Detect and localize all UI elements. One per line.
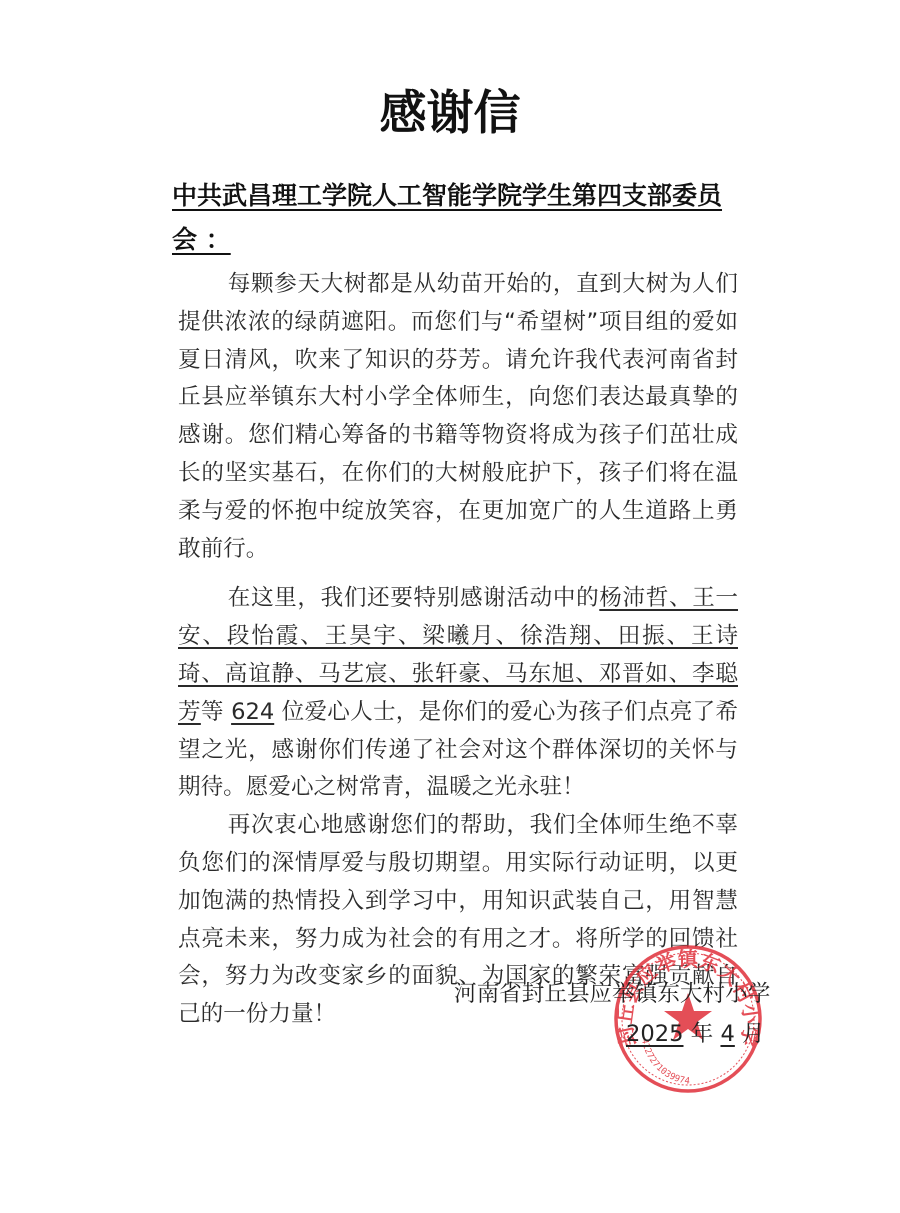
paragraph-2-middle: 等 — [201, 699, 231, 725]
paragraph-1: 每颗参天大树都是从幼苗开始的，直到大树为人们提供浓浓的绿荫遮阳。而您们与“希望树… — [178, 266, 738, 568]
signature-organization: 河南省封丘县应举镇东大村小学 — [454, 976, 770, 1008]
date-year-unit: 年 — [684, 1021, 721, 1047]
letter-title: 感谢信 — [0, 84, 900, 144]
paragraph-2-prefix: 在这里，我们还要特别感谢活动中的 — [228, 585, 600, 611]
addressee-line-1: 中共武昌理工学院人工智能学院学生第四支部委员 — [172, 181, 722, 210]
date-month-unit: 月 — [735, 1021, 765, 1047]
volunteer-count: 624 — [231, 699, 274, 725]
addressee: 中共武昌理工学院人工智能学院学生第四支部委员 会 ： — [172, 174, 744, 262]
date-year: 2025 — [626, 1021, 684, 1047]
addressee-line-2: 会 ： — [172, 225, 231, 254]
paragraph-2: 在这里，我们还要特别感谢活动中的杨沛哲、王一安、段怡霞、王昊宇、梁曦月、徐浩翔、… — [178, 580, 738, 807]
letter-body: 每颗参天大树都是从幼苗开始的，直到大树为人们提供浓浓的绿荫遮阳。而您们与“希望树… — [178, 266, 738, 1034]
date-month: 4 — [720, 1021, 734, 1047]
signature-date: 2025 年 4 月 — [626, 1016, 765, 1048]
